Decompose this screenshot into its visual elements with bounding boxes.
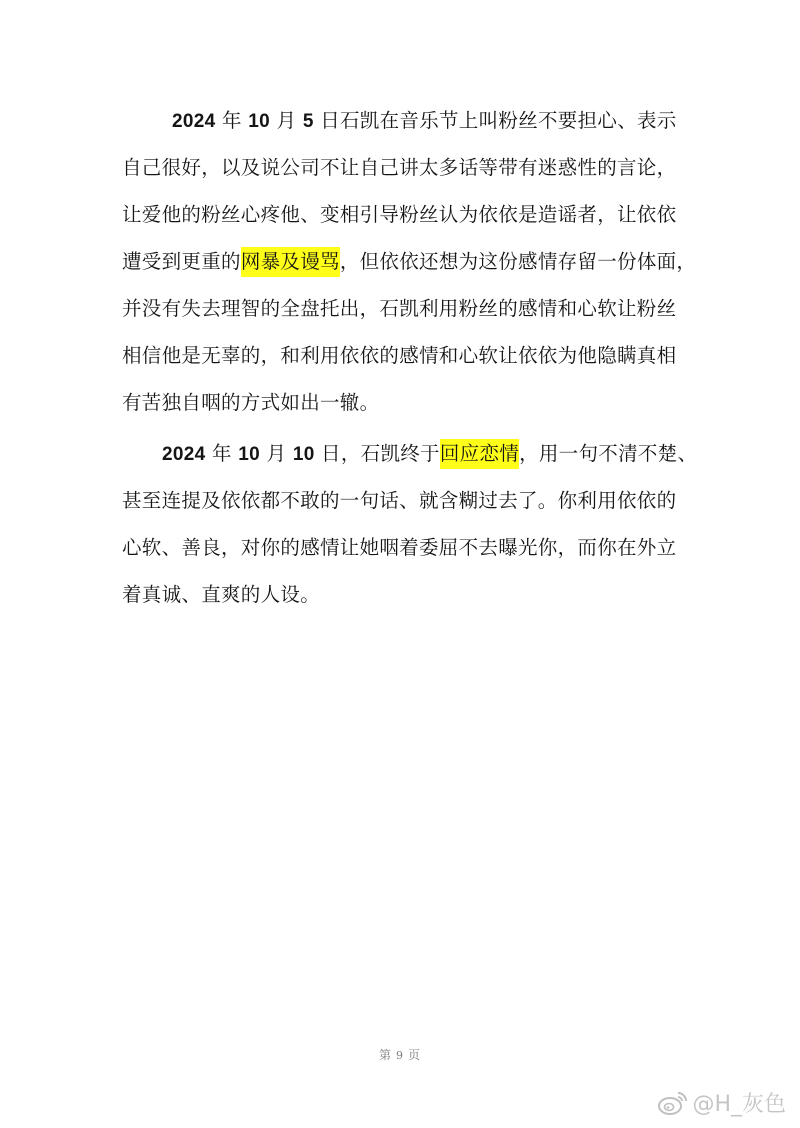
page-number: 9 bbox=[396, 1049, 404, 1062]
paragraph-2: 2024 年 10 月 10 日，石凯终于回应恋情，用一句不清不楚、 甚至连提及… bbox=[122, 430, 682, 618]
text-segment: 年 bbox=[215, 109, 248, 132]
watermark-handle: @H_灰色 bbox=[692, 1087, 786, 1118]
paragraph-line: 并没有失去理智的全盘托出，石凯利用粉丝的感情和心软让粉丝 bbox=[122, 285, 682, 332]
paragraph-line: 自己很好，以及说公司不让自己讲太多话等带有迷惑性的言论， bbox=[122, 144, 682, 191]
paragraph-line: 有苦独自咽的方式如出一辙。 bbox=[122, 379, 682, 426]
document-page: 2024 年 10 月 5 日石凯在音乐节上叫粉丝不要担心、表示 自己很好，以及… bbox=[0, 0, 800, 1128]
text-segment: 月 bbox=[260, 442, 293, 465]
page-prefix: 第 bbox=[379, 1048, 392, 1062]
paragraph-line: 甚至连提及依依都不敢的一句话、就含糊过去了。你利用依依的 bbox=[122, 477, 682, 524]
page-number-footer: 第9页 bbox=[0, 1046, 800, 1063]
text-segment: 日，石凯终于 bbox=[315, 442, 440, 465]
paragraph-line: 2024 年 10 月 10 日，石凯终于回应恋情，用一句不清不楚、 bbox=[122, 430, 682, 477]
paragraph-line: 心软、善良，对你的感情让她咽着委屈不去曝光你，而你在外立 bbox=[122, 524, 682, 571]
text-number: 10 bbox=[293, 444, 315, 465]
page-suffix: 页 bbox=[408, 1048, 421, 1062]
paragraph-line: 2024 年 10 月 5 日石凯在音乐节上叫粉丝不要担心、表示 bbox=[122, 97, 682, 144]
text-segment: 日石凯在音乐节上叫粉丝不要担心、表示 bbox=[314, 109, 677, 132]
text-number: 2024 bbox=[162, 444, 205, 465]
text-segment: 遭受到更重的 bbox=[122, 250, 241, 273]
text-number: 10 bbox=[238, 444, 260, 465]
paragraph-1: 2024 年 10 月 5 日石凯在音乐节上叫粉丝不要担心、表示 自己很好，以及… bbox=[122, 97, 682, 426]
weibo-icon bbox=[658, 1090, 688, 1116]
text-segment: 月 bbox=[270, 109, 303, 132]
text-segment: ，用一句不清不楚、 bbox=[519, 442, 697, 465]
paragraph-line: 让爱他的粉丝心疼他、变相引导粉丝认为依依是造谣者，让依依 bbox=[122, 191, 682, 238]
weibo-watermark: @H_灰色 bbox=[658, 1087, 786, 1118]
text-segment: ，但依依还想为这份感情存留一份体面， bbox=[340, 250, 696, 273]
paragraph-line: 遭受到更重的网暴及谩骂，但依依还想为这份感情存留一份体面， bbox=[122, 238, 682, 285]
paragraph-line: 相信他是无辜的，和利用依依的感情和心软让依依为他隐瞒真相 bbox=[122, 332, 682, 379]
highlighted-text: 回应恋情 bbox=[440, 439, 519, 469]
text-number: 10 bbox=[248, 111, 270, 132]
text-number: 2024 bbox=[172, 111, 215, 132]
paragraph-line: 着真诚、直爽的人设。 bbox=[122, 571, 682, 618]
text-number: 5 bbox=[303, 111, 314, 132]
highlighted-text: 网暴及谩骂 bbox=[241, 247, 340, 277]
text-segment: 年 bbox=[205, 442, 238, 465]
